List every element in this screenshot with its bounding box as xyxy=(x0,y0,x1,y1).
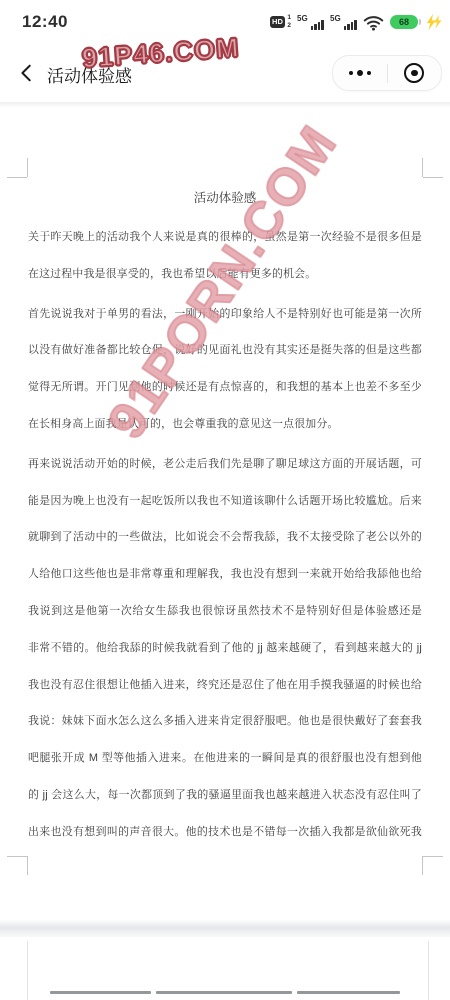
signal-sim2-icon: 5G xyxy=(330,14,357,31)
status-time: 12:40 xyxy=(22,12,68,32)
doc-line: 在长相身高上面我是认可的，也会尊重我的意见这一点很加分。 xyxy=(28,406,422,443)
margin-mark-bottom-left xyxy=(7,856,28,876)
doc-line: 就聊到了活动中的一些做法，比如说会不会帮我舔，我不太接受除了老公以外的 xyxy=(28,519,422,556)
three-dots-icon xyxy=(349,70,371,76)
margin-mark-top-left xyxy=(7,158,28,178)
more-button[interactable] xyxy=(333,56,387,90)
doc-line: 我说到这是他第一次给女生舔我也很惊讶虽然技术不是特别好但是体验感还是 xyxy=(28,593,422,630)
page-separator xyxy=(0,920,450,937)
chevron-left-icon xyxy=(16,62,38,84)
doc-line: 出来也没有想到叫的声音很大。他的技术也是不错每一次插入我都是欲仙欲死我 xyxy=(28,814,422,851)
hd-volte-icon: HD 1 2 xyxy=(270,15,291,29)
battery-percent: 68 xyxy=(399,17,409,27)
document-body: 关于昨天晚上的活动我个人来说是真的很棒的，虽然是第一次经验不是很多但是在这过程中… xyxy=(28,219,422,854)
doc-line: 人给他口这些他也是非常尊重和理解我，我也没有想到一来就开始给我舔他也给 xyxy=(28,556,422,593)
close-button[interactable] xyxy=(388,56,442,90)
doc-line: 吧腿张开成 M 型等他插入进来。在他进来的一瞬间是真的很舒服也没有想到他 xyxy=(28,740,422,777)
table-rule xyxy=(297,991,400,994)
paragraph: 再来说说活动开始的时候，老公走后我们先是聊了聊足球这方面的开展话题，可能是因为晚… xyxy=(28,446,422,851)
doc-line: 我也没有忍住很想让他插入进来，终究还是忍住了他在用手摸我骚逼的时候也给 xyxy=(28,667,422,704)
status-bar: 12:40 HD 1 2 5G 5G xyxy=(0,0,450,44)
doc-line: 非常不错的。他给我舔的时候我就看到了他的 jj 越来越硬了，看到越来越大的 jj xyxy=(28,630,422,667)
margin-mark-bottom-right xyxy=(422,856,443,876)
doc-line: 关于昨天晚上的活动我个人来说是真的很棒的，虽然是第一次经验不是很多但是 xyxy=(28,219,422,256)
dual-sim-indicator: 1 2 xyxy=(287,15,291,29)
doc-line: 再来说说活动开始的时候，老公走后我们先是聊了聊足球这方面的开展话题，可 xyxy=(28,446,422,483)
table-rule xyxy=(50,991,151,994)
signal-sim1-icon: 5G xyxy=(297,14,324,31)
doc-line: 的 jj 会这么大，每一次都顶到了我的骚逼里面我也越来越进入状态没有忍住叫了 xyxy=(28,777,422,814)
charging-bolt-icon xyxy=(427,14,442,31)
phone-screen: 12:40 HD 1 2 5G 5G xyxy=(0,0,450,1000)
paragraph: 关于昨天晚上的活动我个人来说是真的很棒的，虽然是第一次经验不是很多但是在这过程中… xyxy=(28,219,422,293)
doc-line: 以没有做好准备都比较仓促，说好的见面礼也没有其实还是挺失落的但是这些都 xyxy=(28,332,422,369)
nav-shadow xyxy=(0,102,450,108)
hd-badge: HD xyxy=(270,16,286,28)
circle-dot-icon xyxy=(404,63,424,83)
battery-icon: 68 xyxy=(390,15,421,30)
doc-line: 觉得无所谓。开门见到他的时候还是有点惊喜的，和我想的基本上也差不多至少 xyxy=(28,369,422,406)
doc-line: 首先说说我对于单男的看法，一刚开始的印象给人不是特别好也可能是第一次所 xyxy=(28,296,422,333)
nav-bar: 活动体验感 xyxy=(0,44,450,102)
table-rule xyxy=(156,991,292,994)
page2-left-margin-line xyxy=(27,941,28,1000)
doc-line: 在这过程中我是很享受的，我也希望以后能有更多的机会。 xyxy=(28,256,422,293)
margin-mark-top-right xyxy=(422,158,443,178)
doc-line: 我说：妹妹下面水怎么这么多插入进来肯定很舒服吧。他也是很快戴好了套套我 xyxy=(28,703,422,740)
miniprogram-capsule xyxy=(332,55,442,91)
paragraph: 首先说说我对于单男的看法，一刚开始的印象给人不是特别好也可能是第一次所以没有做好… xyxy=(28,296,422,443)
back-button[interactable] xyxy=(14,60,40,86)
wifi-icon xyxy=(363,14,384,31)
page-title: 活动体验感 xyxy=(47,62,132,87)
doc-line: 能是因为晚上也没有一起吃饭所以我也不知道该聊什么话题开场比较尴尬。后来 xyxy=(28,483,422,520)
document-page-2[interactable] xyxy=(0,937,450,1000)
document-page-1[interactable]: 活动体验感 关于昨天晚上的活动我个人来说是真的很棒的，虽然是第一次经验不是很多但… xyxy=(0,102,450,920)
status-icons: HD 1 2 5G 5G xyxy=(270,14,442,31)
document-title: 活动体验感 xyxy=(0,188,450,206)
page2-right-margin-line xyxy=(428,941,429,1000)
